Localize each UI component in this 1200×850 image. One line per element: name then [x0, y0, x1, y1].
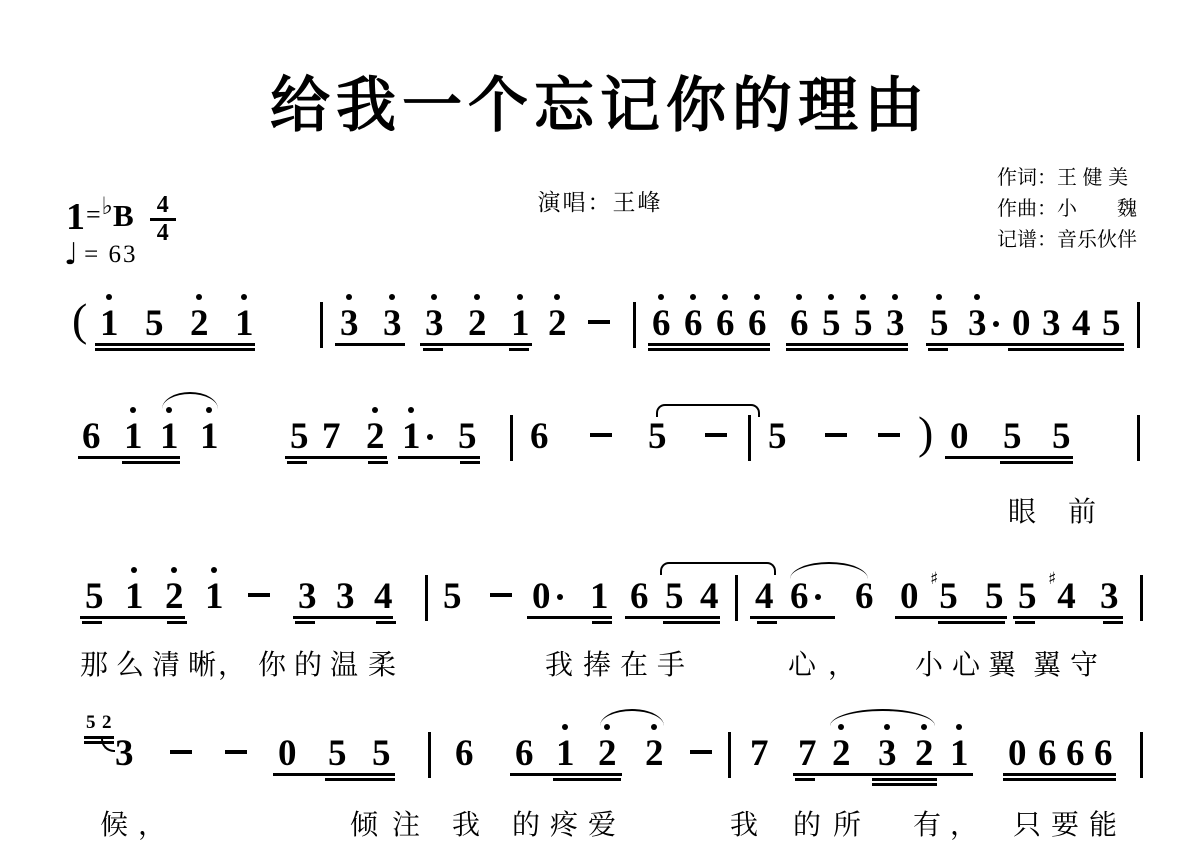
- note: 2: [832, 735, 851, 772]
- lyric-syllable: 翼: [988, 643, 1016, 683]
- beam-underline: [648, 348, 770, 351]
- numeral: 5: [939, 578, 958, 615]
- slur-tie: [162, 392, 218, 409]
- note: 6: [630, 578, 649, 615]
- numeral: 5: [86, 713, 96, 732]
- numeral-wrap: 5: [822, 305, 841, 342]
- octave-dot: [372, 407, 378, 413]
- numeral-wrap: 5: [1052, 418, 1071, 455]
- duration-dash: [690, 750, 712, 754]
- numeral-wrap: 5: [443, 578, 462, 615]
- note: 5: [930, 305, 949, 342]
- barline: [428, 732, 431, 778]
- numeral-wrap: 1: [511, 305, 530, 342]
- beam-underline: [293, 616, 393, 619]
- numeral: 6: [1066, 735, 1085, 772]
- numeral-wrap: 2: [468, 305, 487, 342]
- note: 3: [115, 735, 134, 772]
- music-line: 51213345016544660♯555♯43: [0, 578, 1200, 638]
- numeral-wrap: 1: [200, 418, 219, 455]
- note: ♯4: [1048, 578, 1076, 615]
- note: 0: [1008, 735, 1027, 772]
- numeral-wrap: 5: [665, 578, 684, 615]
- note: 0: [900, 578, 919, 615]
- beam-underline: [78, 456, 180, 459]
- note: 0: [278, 735, 297, 772]
- note: 3: [298, 578, 317, 615]
- duration-dash: [588, 320, 610, 324]
- numeral-wrap: 1: [556, 735, 575, 772]
- numeral-wrap: 6: [716, 305, 735, 342]
- note: 2: [598, 735, 617, 772]
- octave-dot: [196, 294, 202, 300]
- beam-underline: [1008, 343, 1124, 346]
- numeral-wrap: 0: [1012, 305, 1031, 342]
- numeral-wrap: 5: [1102, 305, 1121, 342]
- numeral: 6: [684, 305, 703, 342]
- note: 4: [1072, 305, 1091, 342]
- note: 6: [1066, 735, 1085, 772]
- beam-underline: [287, 461, 307, 464]
- octave-dot: [796, 294, 802, 300]
- numeral: 5: [443, 578, 462, 615]
- beam-underline: [1000, 461, 1073, 464]
- barline: [320, 302, 323, 348]
- beam-underline: [325, 778, 395, 781]
- lyric-syllable: 疼: [550, 803, 578, 843]
- octave-dot: [517, 294, 523, 300]
- numeral-wrap: 5: [1018, 578, 1037, 615]
- numeral-wrap: 1: [125, 578, 144, 615]
- numeral-wrap: 4: [1072, 305, 1091, 342]
- note: 6: [455, 735, 474, 772]
- numeral-wrap: 5: [458, 418, 477, 455]
- note: 5: [985, 578, 1004, 615]
- numeral-wrap: 6: [455, 735, 474, 772]
- numeral-wrap: 0: [1008, 735, 1027, 772]
- numeral: 6: [716, 305, 735, 342]
- numeral: 6: [1038, 735, 1057, 772]
- lyric-syllable: 的: [793, 803, 821, 843]
- numeral: 4: [1072, 305, 1091, 342]
- numeral: 1: [125, 578, 144, 615]
- note: 3: [1042, 305, 1061, 342]
- slur-tie: [660, 562, 776, 575]
- numeral-wrap: 3: [968, 305, 987, 342]
- lyric-syllable: 能: [1089, 803, 1117, 843]
- lyric-syllable: 柔: [368, 643, 396, 683]
- numeral-wrap: 2: [102, 713, 112, 732]
- beam-underline: [895, 616, 1007, 619]
- note: 1: [235, 305, 254, 342]
- beam-underline: [285, 456, 387, 459]
- sharp-icon: ♯: [1048, 571, 1056, 588]
- octave-dot: [389, 294, 395, 300]
- beam-underline: [95, 343, 255, 346]
- numeral: 6: [652, 305, 671, 342]
- lyric-syllable: 么: [116, 643, 144, 683]
- note: 2: [190, 305, 209, 342]
- octave-dot: [956, 724, 962, 730]
- beam-underline: [938, 621, 1005, 624]
- numeral: 6: [455, 735, 474, 772]
- lyric-syllable: 要: [1051, 803, 1079, 843]
- numeral-wrap: 7: [322, 418, 341, 455]
- note: 7: [322, 418, 341, 455]
- slur-tie: [830, 709, 935, 726]
- numeral: 2: [468, 305, 487, 342]
- parenthesis: ): [918, 410, 933, 456]
- lyric-syllable: 小: [915, 643, 943, 683]
- numeral: 7: [798, 735, 817, 772]
- numeral: 1: [402, 418, 421, 455]
- note: 5: [328, 735, 347, 772]
- numeral: 1: [100, 305, 119, 342]
- numeral: 2: [645, 735, 664, 772]
- lyric-syllable: 注: [392, 803, 420, 843]
- note: 2: [548, 305, 567, 342]
- numeral: 3: [336, 578, 355, 615]
- numeral: 4: [374, 578, 393, 615]
- lyric-syllable: 心: [952, 643, 980, 683]
- note: 1: [124, 418, 143, 455]
- beam-underline: [82, 621, 102, 624]
- numeral: 3: [878, 735, 897, 772]
- duration-dash: [825, 433, 847, 437]
- numeral-wrap: 6: [1094, 735, 1113, 772]
- numeral-wrap: 6: [1038, 735, 1057, 772]
- beam-underline: [757, 621, 777, 624]
- lyric-syllable: 我: [730, 803, 758, 843]
- lyric-syllable: 清: [152, 643, 180, 683]
- numeral-wrap: 2: [645, 735, 664, 772]
- octave-dot: [130, 407, 136, 413]
- beam-underline: [625, 616, 720, 619]
- numeral-wrap: 3: [1100, 578, 1119, 615]
- numeral-wrap: 2: [598, 735, 617, 772]
- note: 5: [443, 578, 462, 615]
- beam-underline: [295, 621, 315, 624]
- lyric-syllable: 手: [657, 643, 685, 683]
- numeral-wrap: 6: [748, 305, 767, 342]
- numeral: 4: [1057, 578, 1076, 615]
- numeral-wrap: 5: [648, 418, 667, 455]
- numeral-wrap: 6: [530, 418, 549, 455]
- lyric-syllable: ，: [138, 803, 166, 843]
- lyric-syllable: 的: [294, 643, 322, 683]
- numeral: 0: [900, 578, 919, 615]
- beam-underline: [872, 783, 937, 786]
- numeral-wrap: 3: [383, 305, 402, 342]
- numeral: 6: [630, 578, 649, 615]
- numeral: 1: [556, 735, 575, 772]
- note: 1: [205, 578, 224, 615]
- barline: [1137, 302, 1140, 348]
- note: 1: [590, 578, 609, 615]
- numeral: 0: [532, 578, 551, 615]
- beam-underline: [509, 348, 529, 351]
- numeral-wrap: 0: [532, 578, 551, 615]
- lyric-syllable: 在: [620, 643, 648, 683]
- numeral: 1: [124, 418, 143, 455]
- numeral: 6: [82, 418, 101, 455]
- numeral: 6: [515, 735, 534, 772]
- score-area: (152133321266666553530345)61115721565505…: [0, 0, 1200, 850]
- note: 5: [85, 578, 104, 615]
- numeral-wrap: 6: [684, 305, 703, 342]
- note: 6: [515, 735, 534, 772]
- numeral: 6: [1094, 735, 1113, 772]
- note: 6: [652, 305, 671, 342]
- beam-underline: [1008, 348, 1124, 351]
- numeral: 6: [855, 578, 874, 615]
- numeral: 2: [598, 735, 617, 772]
- numeral: 3: [1100, 578, 1119, 615]
- numeral-wrap: 5: [1003, 418, 1022, 455]
- grace-note: 2: [102, 713, 112, 732]
- octave-dot: [974, 294, 980, 300]
- numeral-wrap: 1: [950, 735, 969, 772]
- numeral: 5: [145, 305, 164, 342]
- numeral: 5: [985, 578, 1004, 615]
- note: 4: [755, 578, 774, 615]
- note: 7: [798, 735, 817, 772]
- lyric-syllable: 那: [80, 643, 108, 683]
- beam-underline: [793, 773, 973, 776]
- numeral: 6: [790, 305, 809, 342]
- duration-dash: [878, 433, 900, 437]
- note: 5: [854, 305, 873, 342]
- lyric-syllable: 有: [913, 803, 941, 843]
- lyric-syllable: ，: [950, 803, 978, 843]
- rhythm-dot: [815, 594, 821, 600]
- slur-tie: [790, 562, 868, 579]
- beam-underline: [95, 348, 255, 351]
- note: 5: [1052, 418, 1071, 455]
- octave-dot: [431, 294, 437, 300]
- note: 3: [968, 305, 999, 342]
- note: 1: [160, 418, 179, 455]
- numeral: 3: [968, 305, 987, 342]
- slur-tie: [600, 709, 664, 726]
- numeral-wrap: 0: [278, 735, 297, 772]
- numeral-wrap: 4: [755, 578, 774, 615]
- numeral: 7: [750, 735, 769, 772]
- octave-dot: [860, 294, 866, 300]
- note: 0: [532, 578, 563, 615]
- duration-dash: [490, 593, 512, 597]
- duration-dash: [590, 433, 612, 437]
- beam-underline: [80, 616, 185, 619]
- music-line: 523055661227723210666: [0, 735, 1200, 795]
- beam-underline: [1013, 616, 1123, 619]
- numeral-wrap: 5: [145, 305, 164, 342]
- numeral-wrap: 3: [425, 305, 444, 342]
- beam-underline: [1003, 773, 1116, 776]
- beam-underline: [122, 461, 180, 464]
- note: 0: [950, 418, 969, 455]
- note: 3: [425, 305, 444, 342]
- note: 5: [665, 578, 684, 615]
- numeral: 2: [548, 305, 567, 342]
- barline: [510, 415, 513, 461]
- lyric-syllable: 翼: [1033, 643, 1061, 683]
- note: 3: [336, 578, 355, 615]
- octave-dot: [211, 567, 217, 573]
- note: 5: [768, 418, 787, 455]
- music-line: (152133321266666553530345: [0, 305, 1200, 365]
- note: 6: [855, 578, 874, 615]
- lyric-syllable: 倾: [350, 803, 378, 843]
- lyric-syllable: 我: [545, 643, 573, 683]
- numeral-wrap: 3: [115, 735, 134, 772]
- beam-underline: [945, 456, 1073, 459]
- beam-underline: [423, 348, 443, 351]
- numeral: 4: [700, 578, 719, 615]
- numeral-wrap: 3: [886, 305, 905, 342]
- note: 5: [648, 418, 667, 455]
- barline: [1140, 732, 1143, 778]
- note: 4: [374, 578, 393, 615]
- numeral-wrap: 7: [798, 735, 817, 772]
- note: 7: [750, 735, 769, 772]
- note: 1: [100, 305, 119, 342]
- numeral: 2: [366, 418, 385, 455]
- note: 1: [125, 578, 144, 615]
- beam-underline: [750, 616, 835, 619]
- beam-underline: [553, 778, 621, 781]
- duration-dash: [248, 593, 270, 597]
- numeral-wrap: 5: [372, 735, 391, 772]
- numeral-wrap: 5: [86, 713, 96, 732]
- numeral: 5: [665, 578, 684, 615]
- numeral: 1: [200, 418, 219, 455]
- octave-dot: [241, 294, 247, 300]
- note: 2: [645, 735, 664, 772]
- numeral: 0: [1012, 305, 1031, 342]
- note: 2: [468, 305, 487, 342]
- numeral: 5: [85, 578, 104, 615]
- lyric-syllable: 你: [258, 643, 286, 683]
- numeral: 2: [102, 713, 112, 732]
- numeral: 1: [590, 578, 609, 615]
- barline: [1137, 415, 1140, 461]
- note: 3: [383, 305, 402, 342]
- octave-dot: [474, 294, 480, 300]
- numeral-wrap: 4: [700, 578, 719, 615]
- barline: [633, 302, 636, 348]
- numeral-wrap: 1: [160, 418, 179, 455]
- barline: [728, 732, 731, 778]
- octave-dot: [408, 407, 414, 413]
- lyric-syllable: 守: [1070, 643, 1098, 683]
- numeral: 3: [298, 578, 317, 615]
- beam-underline: [648, 343, 770, 346]
- lyric-syllable: 所: [833, 803, 861, 843]
- numeral: 3: [425, 305, 444, 342]
- beam-underline: [663, 621, 720, 624]
- note: 4: [700, 578, 719, 615]
- numeral: 5: [648, 418, 667, 455]
- numeral: 3: [383, 305, 402, 342]
- octave-dot: [346, 294, 352, 300]
- beam-underline: [795, 778, 815, 781]
- note: 6: [82, 418, 101, 455]
- note: 3: [886, 305, 905, 342]
- octave-dot: [892, 294, 898, 300]
- lyric-syllable: 我: [452, 803, 480, 843]
- note: 6: [790, 578, 821, 615]
- octave-dot: [554, 294, 560, 300]
- barline: [735, 575, 738, 621]
- lyric-syllable: ，: [218, 643, 246, 683]
- numeral: 3: [340, 305, 359, 342]
- octave-dot: [171, 567, 177, 573]
- beam-underline: [1103, 621, 1123, 624]
- note: 5: [290, 418, 309, 455]
- lyric-syllable: 爱: [588, 803, 616, 843]
- numeral-wrap: 3: [336, 578, 355, 615]
- barline: [425, 575, 428, 621]
- numeral-wrap: 3: [298, 578, 317, 615]
- lyric-syllable: 只: [1013, 803, 1041, 843]
- note: 5: [372, 735, 391, 772]
- numeral-wrap: 6: [82, 418, 101, 455]
- note: ♯5: [930, 578, 958, 615]
- numeral-wrap: 1: [590, 578, 609, 615]
- numeral-wrap: 5: [939, 578, 958, 615]
- music-line: )611157215655055: [0, 418, 1200, 478]
- numeral: 6: [748, 305, 767, 342]
- note: 6: [1094, 735, 1113, 772]
- beam-underline: [398, 456, 480, 459]
- beam-underline: [368, 461, 388, 464]
- numeral-wrap: 5: [985, 578, 1004, 615]
- sheet-music-page: 给我一个忘记你的理由 演唱：王峰 作词：王 健 美 作曲：小 魏 记谱：音乐伙伴…: [0, 0, 1200, 850]
- numeral-wrap: 3: [878, 735, 897, 772]
- octave-dot: [658, 294, 664, 300]
- note: 1: [511, 305, 530, 342]
- numeral-wrap: 1: [205, 578, 224, 615]
- numeral-wrap: 5: [854, 305, 873, 342]
- numeral-wrap: 7: [750, 735, 769, 772]
- duration-dash: [225, 750, 247, 754]
- beam-underline: [376, 621, 396, 624]
- numeral-wrap: 4: [374, 578, 393, 615]
- numeral-wrap: 6: [652, 305, 671, 342]
- note: 5: [1003, 418, 1022, 455]
- octave-dot: [722, 294, 728, 300]
- numeral: 2: [915, 735, 934, 772]
- beam-underline: [928, 348, 948, 351]
- lyric-line: 那么清晰，你的温柔我捧在手心，小心翼翼守: [0, 643, 1200, 683]
- numeral-wrap: 5: [930, 305, 949, 342]
- beam-underline: [872, 778, 937, 781]
- beam-underline: [527, 616, 612, 619]
- numeral-wrap: 5: [290, 418, 309, 455]
- numeral: 7: [322, 418, 341, 455]
- numeral: 0: [950, 418, 969, 455]
- beam-underline: [592, 621, 612, 624]
- numeral-wrap: 1: [235, 305, 254, 342]
- note: 1: [950, 735, 969, 772]
- note: 5: [1018, 578, 1037, 615]
- beam-underline: [926, 343, 1014, 346]
- numeral-wrap: 0: [950, 418, 969, 455]
- octave-dot: [131, 567, 137, 573]
- parenthesis: (: [72, 297, 87, 343]
- numeral: 1: [235, 305, 254, 342]
